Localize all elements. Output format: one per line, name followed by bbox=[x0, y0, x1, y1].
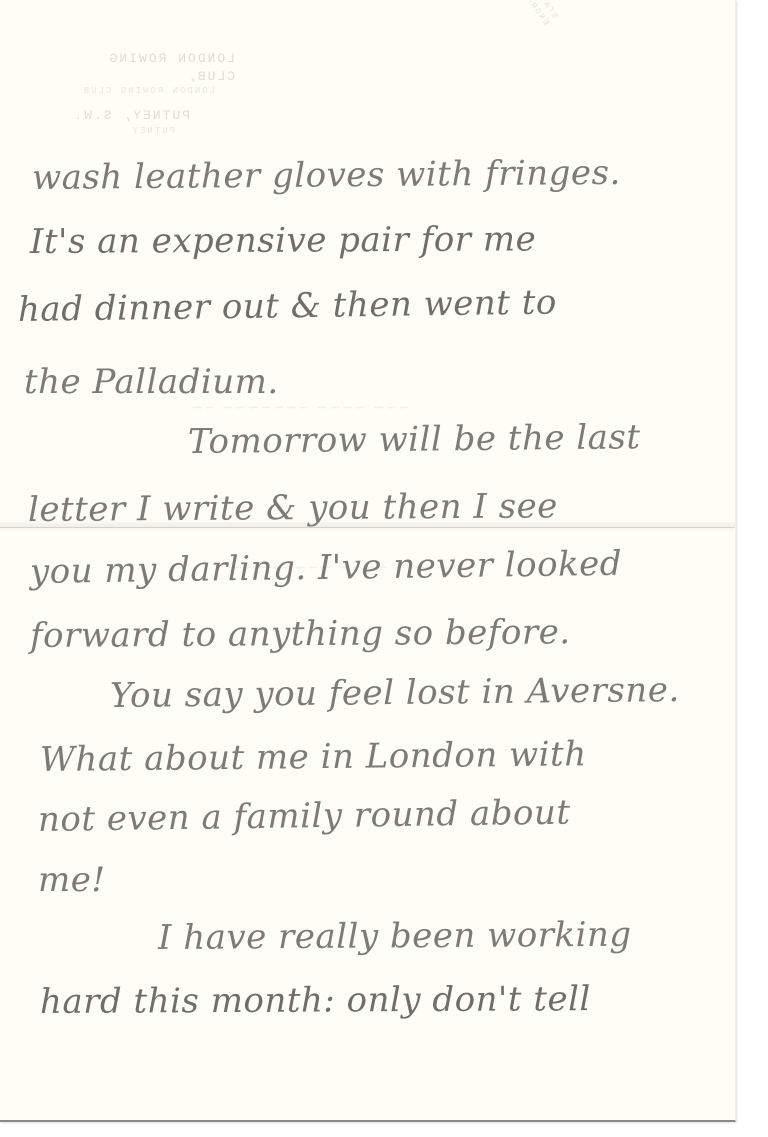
letterhead-line-2: LONDON ROWING CLUB bbox=[55, 85, 215, 97]
letter-paper: LONDON ROWING CLUB, LONDON ROWING CLUB P… bbox=[0, 0, 736, 1122]
handwritten-line: wash leather gloves with fringes. bbox=[32, 153, 621, 198]
handwritten-line: me! bbox=[38, 860, 106, 900]
handwritten-line: not even a family round about bbox=[38, 793, 571, 840]
handwritten-line: the Palladium. bbox=[24, 362, 279, 402]
handwritten-line: letter I write & you then I see bbox=[28, 486, 558, 530]
handwritten-line: It's an expensive pair for me bbox=[30, 219, 536, 262]
letterhead-line-1: LONDON ROWING CLUB, bbox=[55, 50, 235, 85]
embossed-stamp: STATIONER ENGRAVER bbox=[507, 0, 560, 28]
handwritten-line: Tomorrow will be the last bbox=[188, 417, 641, 462]
reverse-ghost-text: ~~~ ~~~~ ~~~~~~~ ~~ bbox=[190, 400, 410, 416]
handwritten-line: hard this month: only don't tell bbox=[40, 979, 591, 1022]
handwritten-line: What about me in London with bbox=[40, 734, 587, 780]
scanned-page: LONDON ROWING CLUB, LONDON ROWING CLUB P… bbox=[0, 0, 768, 1137]
letterhead-line-4: PUTNEY bbox=[55, 125, 175, 137]
handwritten-line: I have really been working bbox=[158, 915, 632, 958]
handwritten-line: forward to anything so before. bbox=[30, 612, 571, 656]
handwritten-line: had dinner out & then went to bbox=[18, 282, 557, 330]
handwritten-line: You say you feel lost in Aversne. bbox=[110, 670, 680, 716]
handwritten-line: you my darling. I've never looked bbox=[30, 544, 623, 592]
letterhead-show-through: LONDON ROWING CLUB, LONDON ROWING CLUB P… bbox=[55, 50, 235, 137]
letterhead-line-3: PUTNEY, S.W. bbox=[55, 107, 190, 125]
